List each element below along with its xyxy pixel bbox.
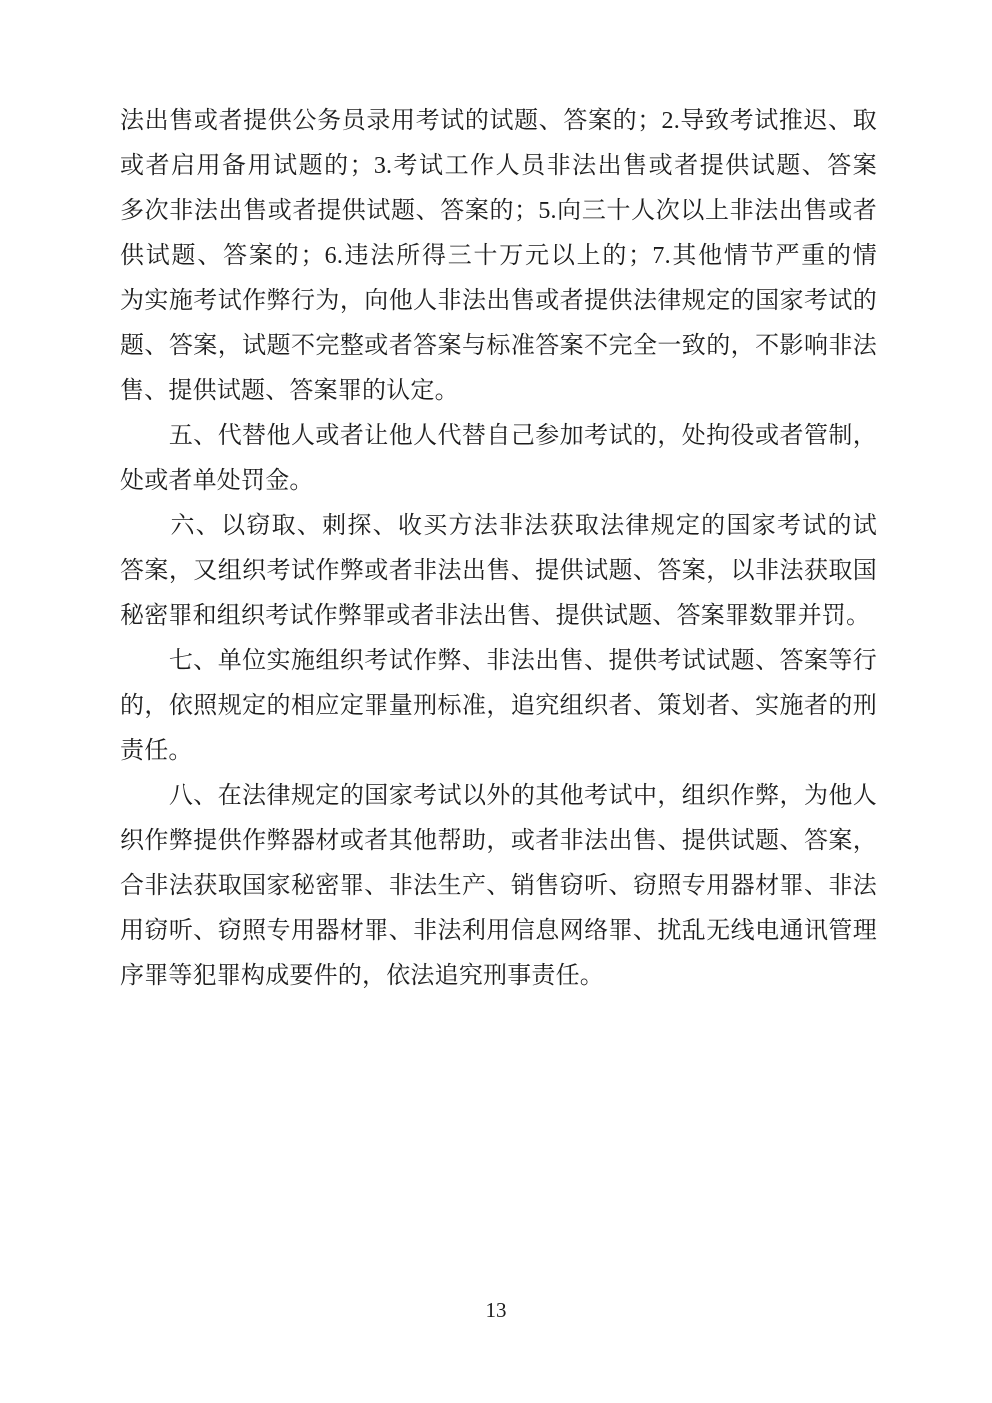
document-page: 法出售或者提供公务员录用考试的试题、答案的；2.导致考试推迟、取消或者启用备用试… <box>0 0 992 1403</box>
paragraph: 法出售或者提供公务员录用考试的试题、答案的；2.导致考试推迟、取消或者启用备用试… <box>120 99 877 414</box>
text-line: 多次非法出售或者提供试题、答案的；5.向三十人次以上非法出售或者提 <box>120 189 877 234</box>
text-line: 序罪等犯罪构成要件的，依法追究刑事责任。 <box>120 954 877 999</box>
text-line: 或者启用备用试题的；3.考试工作人员非法出售或者提供试题、答案的；4. <box>120 144 877 189</box>
text-line: 的，依照规定的相应定罪量刑标准，追究组织者、策划者、实施者的刑事 <box>120 684 877 729</box>
document-text-block: 法出售或者提供公务员录用考试的试题、答案的；2.导致考试推迟、取消或者启用备用试… <box>120 99 877 999</box>
text-line: 织作弊提供作弊器材或者其他帮助，或者非法出售、提供试题、答案，符 <box>120 819 877 864</box>
text-line: 责任。 <box>120 729 877 774</box>
paragraph: 六、以窃取、刺探、收买方法非法获取法律规定的国家考试的试题、答案，又组织考试作弊… <box>120 504 877 639</box>
text-line: 六、以窃取、刺探、收买方法非法获取法律规定的国家考试的试题、 <box>120 504 877 549</box>
text-line: 合非法获取国家秘密罪、非法生产、销售窃听、窃照专用器材罪、非法使 <box>120 864 877 909</box>
paragraph: 五、代替他人或者让他人代替自己参加考试的，处拘役或者管制，并处或者单处罚金。 <box>120 414 877 504</box>
paragraph: 八、在法律规定的国家考试以外的其他考试中，组织作弊，为他人组织作弊提供作弊器材或… <box>120 774 877 999</box>
text-line: 答案，又组织考试作弊或者非法出售、提供试题、答案，以非法获取国家 <box>120 549 877 594</box>
text-line: 售、提供试题、答案罪的认定。 <box>120 369 877 414</box>
page-number: 13 <box>0 1295 992 1325</box>
text-line: 五、代替他人或者让他人代替自己参加考试的，处拘役或者管制，并 <box>120 414 877 459</box>
text-line: 秘密罪和组织考试作弊罪或者非法出售、提供试题、答案罪数罪并罚。 <box>120 594 877 639</box>
text-line: 八、在法律规定的国家考试以外的其他考试中，组织作弊，为他人组 <box>120 774 877 819</box>
text-line: 用窃听、窃照专用器材罪、非法利用信息网络罪、扰乱无线电通讯管理秩 <box>120 909 877 954</box>
text-line: 法出售或者提供公务员录用考试的试题、答案的；2.导致考试推迟、取消 <box>120 99 877 144</box>
text-line: 七、单位实施组织考试作弊、非法出售、提供考试试题、答案等行为 <box>120 639 877 684</box>
paragraph: 七、单位实施组织考试作弊、非法出售、提供考试试题、答案等行为的，依照规定的相应定… <box>120 639 877 774</box>
text-line: 题、答案，试题不完整或者答案与标准答案不完全一致的，不影响非法出 <box>120 324 877 369</box>
text-line: 处或者单处罚金。 <box>120 459 877 504</box>
text-line: 供试题、答案的；6.违法所得三十万元以上的；7.其他情节严重的情形）。 <box>120 234 877 279</box>
text-line: 为实施考试作弊行为，向他人非法出售或者提供法律规定的国家考试的试 <box>120 279 877 324</box>
